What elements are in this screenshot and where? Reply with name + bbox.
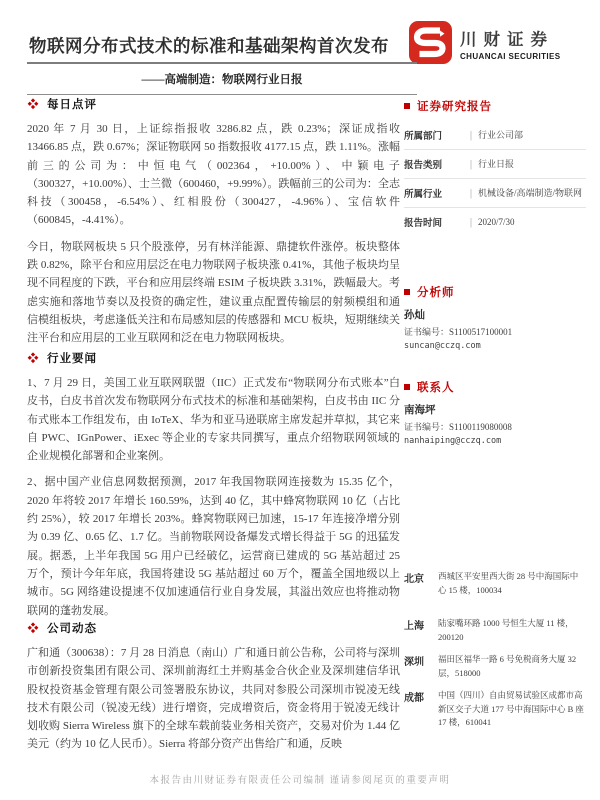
diamond-bullet-icon [27, 98, 38, 109]
info-label: 报告时间 [404, 215, 464, 229]
analyst-name: 孙灿 [404, 307, 586, 322]
analyst-cert: 证书编号：S1100517100001 [404, 325, 586, 338]
office-city: 成都 [404, 689, 430, 730]
info-label: 报告类别 [404, 157, 464, 171]
brand-text: 川财证券 CHUANCAI SECURITIES [460, 24, 561, 61]
sidebar-header: 证券研究报告 [404, 98, 586, 114]
office-address: 中国（四川）自由贸易试验区成都市高新区交子大道 177 号中海国际中心 B 座 … [438, 689, 586, 730]
office-item-beijing: 北京 西城区平安里西大街 28 号中海国际中心 15 楼，100034 [404, 570, 586, 597]
title-divider [27, 62, 417, 64]
office-item-chengdu: 成都 中国（四川）自由贸易试验区成都市高新区交子大道 177 号中海国际中心 B… [404, 689, 586, 730]
info-value: 行业日报 [478, 158, 514, 171]
section-heading: 公司动态 [47, 620, 97, 636]
office-address: 陆家嘴环路 1000 号恒生大厦 11 楼，200120 [438, 617, 586, 644]
sidebar-header: 联系人 [404, 379, 586, 395]
info-label: 所属部门 [404, 128, 464, 142]
info-label: 所属行业 [404, 186, 464, 200]
section-industry-news: 行业要闻 1、7 月 29 日，美国工业互联网联盟（IIC）正式发布“物联网分布… [27, 350, 400, 628]
office-item-shanghai: 上海 陆家嘴环路 1000 号恒生大厦 11 楼，200120 [404, 617, 586, 644]
analyst-email: suncan@cczq.com [404, 341, 586, 351]
office-city: 上海 [404, 617, 430, 644]
report-page: 物联网分布式技术的标准和基础架构首次发布 川财证券 CHUANCAI SECUR… [0, 0, 600, 800]
section-header: 公司动态 [27, 620, 400, 636]
contact-block: 联系人 南海坪 证书编号：S1100119080008 nanhaiping@c… [404, 379, 586, 446]
info-row-industry: 所属行业 | 机械设备/高端制造/物联网 [404, 179, 586, 208]
office-address: 西城区平安里西大街 28 号中海国际中心 15 楼，100034 [438, 570, 586, 597]
info-value: 行业公司部 [478, 129, 523, 142]
square-bullet-icon [404, 384, 410, 390]
square-bullet-icon [404, 103, 410, 109]
office-city: 北京 [404, 570, 430, 597]
contact-email: nanhaiping@cczq.com [404, 436, 586, 446]
office-city: 深圳 [404, 653, 430, 680]
contact-heading: 联系人 [417, 379, 455, 395]
analyst-heading: 分析师 [417, 284, 455, 300]
office-item-shenzhen: 深圳 福田区福华一路 6 号免税商务大厦 32 层，518000 [404, 653, 586, 680]
page-title: 物联网分布式技术的标准和基础架构首次发布 [29, 33, 414, 58]
analyst-block: 分析师 孙灿 证书编号：S1100517100001 suncan@cczq.c… [404, 284, 586, 351]
brand-block: 川财证券 CHUANCAI SECURITIES [408, 20, 588, 65]
section-heading: 行业要闻 [47, 350, 97, 366]
info-value: 机械设备/高端制造/物联网 [478, 187, 582, 200]
report-info-block: 证券研究报告 所属部门 | 行业公司部 报告类别 | 行业日报 所属行业 | 机… [404, 98, 586, 236]
square-bullet-icon [404, 289, 410, 295]
brand-name-en: CHUANCAI SECURITIES [460, 52, 561, 61]
section-heading: 每日点评 [47, 96, 97, 112]
info-row-department: 所属部门 | 行业公司部 [404, 121, 586, 150]
paragraph: 2020 年 7 月 30 日，上证综指报收 3286.82 点，跌 0.23%… [27, 120, 400, 230]
section-header: 行业要闻 [27, 350, 400, 366]
info-separator: | [464, 130, 478, 141]
paragraph: 1、7 月 29 日，美国工业互联网联盟（IIC）正式发布“物联网分布式账本”白… [27, 374, 400, 465]
report-date: 2020/7/30 [478, 216, 515, 229]
paragraph: 2、据中国产业信息网数据预测，2017 年我国物联网连接数为 15.35 亿个，… [27, 473, 400, 619]
brand-name-cn: 川财证券 [460, 26, 561, 50]
paragraph: 今日，物联网板块 5 只个股涨停，另有林洋能源、鼎捷软件涨停。板块整体跌 0.8… [27, 238, 400, 348]
report-subtitle: ——高端制造：物联网行业日报 [27, 71, 417, 87]
subtitle-divider [27, 94, 417, 95]
paragraph: 广和通（300638）：7 月 28 日消息（南山）广和通日前公告称，公司将与深… [27, 644, 400, 754]
diamond-bullet-icon [27, 622, 38, 633]
footer-disclaimer: 本报告由川财证券有限责任公司编制 谨请参阅尾页的重要声明 [0, 772, 600, 786]
section-company-updates: 公司动态 广和通（300638）：7 月 28 日消息（南山）广和通日前公告称，… [27, 620, 400, 762]
chuancai-logo-icon [408, 20, 453, 65]
info-row-category: 报告类别 | 行业日报 [404, 150, 586, 179]
report-tag: 证券研究报告 [417, 98, 492, 114]
contact-name: 南海坪 [404, 402, 586, 417]
report-info-table: 所属部门 | 行业公司部 报告类别 | 行业日报 所属行业 | 机械设备/高端制… [404, 121, 586, 236]
contact-cert: 证书编号：S1100119080008 [404, 420, 586, 433]
section-header: 每日点评 [27, 96, 400, 112]
section-daily-review: 每日点评 2020 年 7 月 30 日，上证综指报收 3286.82 点，跌 … [27, 96, 400, 356]
info-row-date: 报告时间 | 2020/7/30 [404, 208, 586, 236]
info-separator: | [464, 188, 478, 199]
sidebar-header: 分析师 [404, 284, 586, 300]
info-separator: | [464, 217, 478, 228]
diamond-bullet-icon [27, 352, 38, 363]
info-separator: | [464, 159, 478, 170]
offices-block: 北京 西城区平安里西大街 28 号中海国际中心 15 楼，100034 上海 陆… [404, 570, 586, 730]
office-address: 福田区福华一路 6 号免税商务大厦 32 层，518000 [438, 653, 586, 680]
